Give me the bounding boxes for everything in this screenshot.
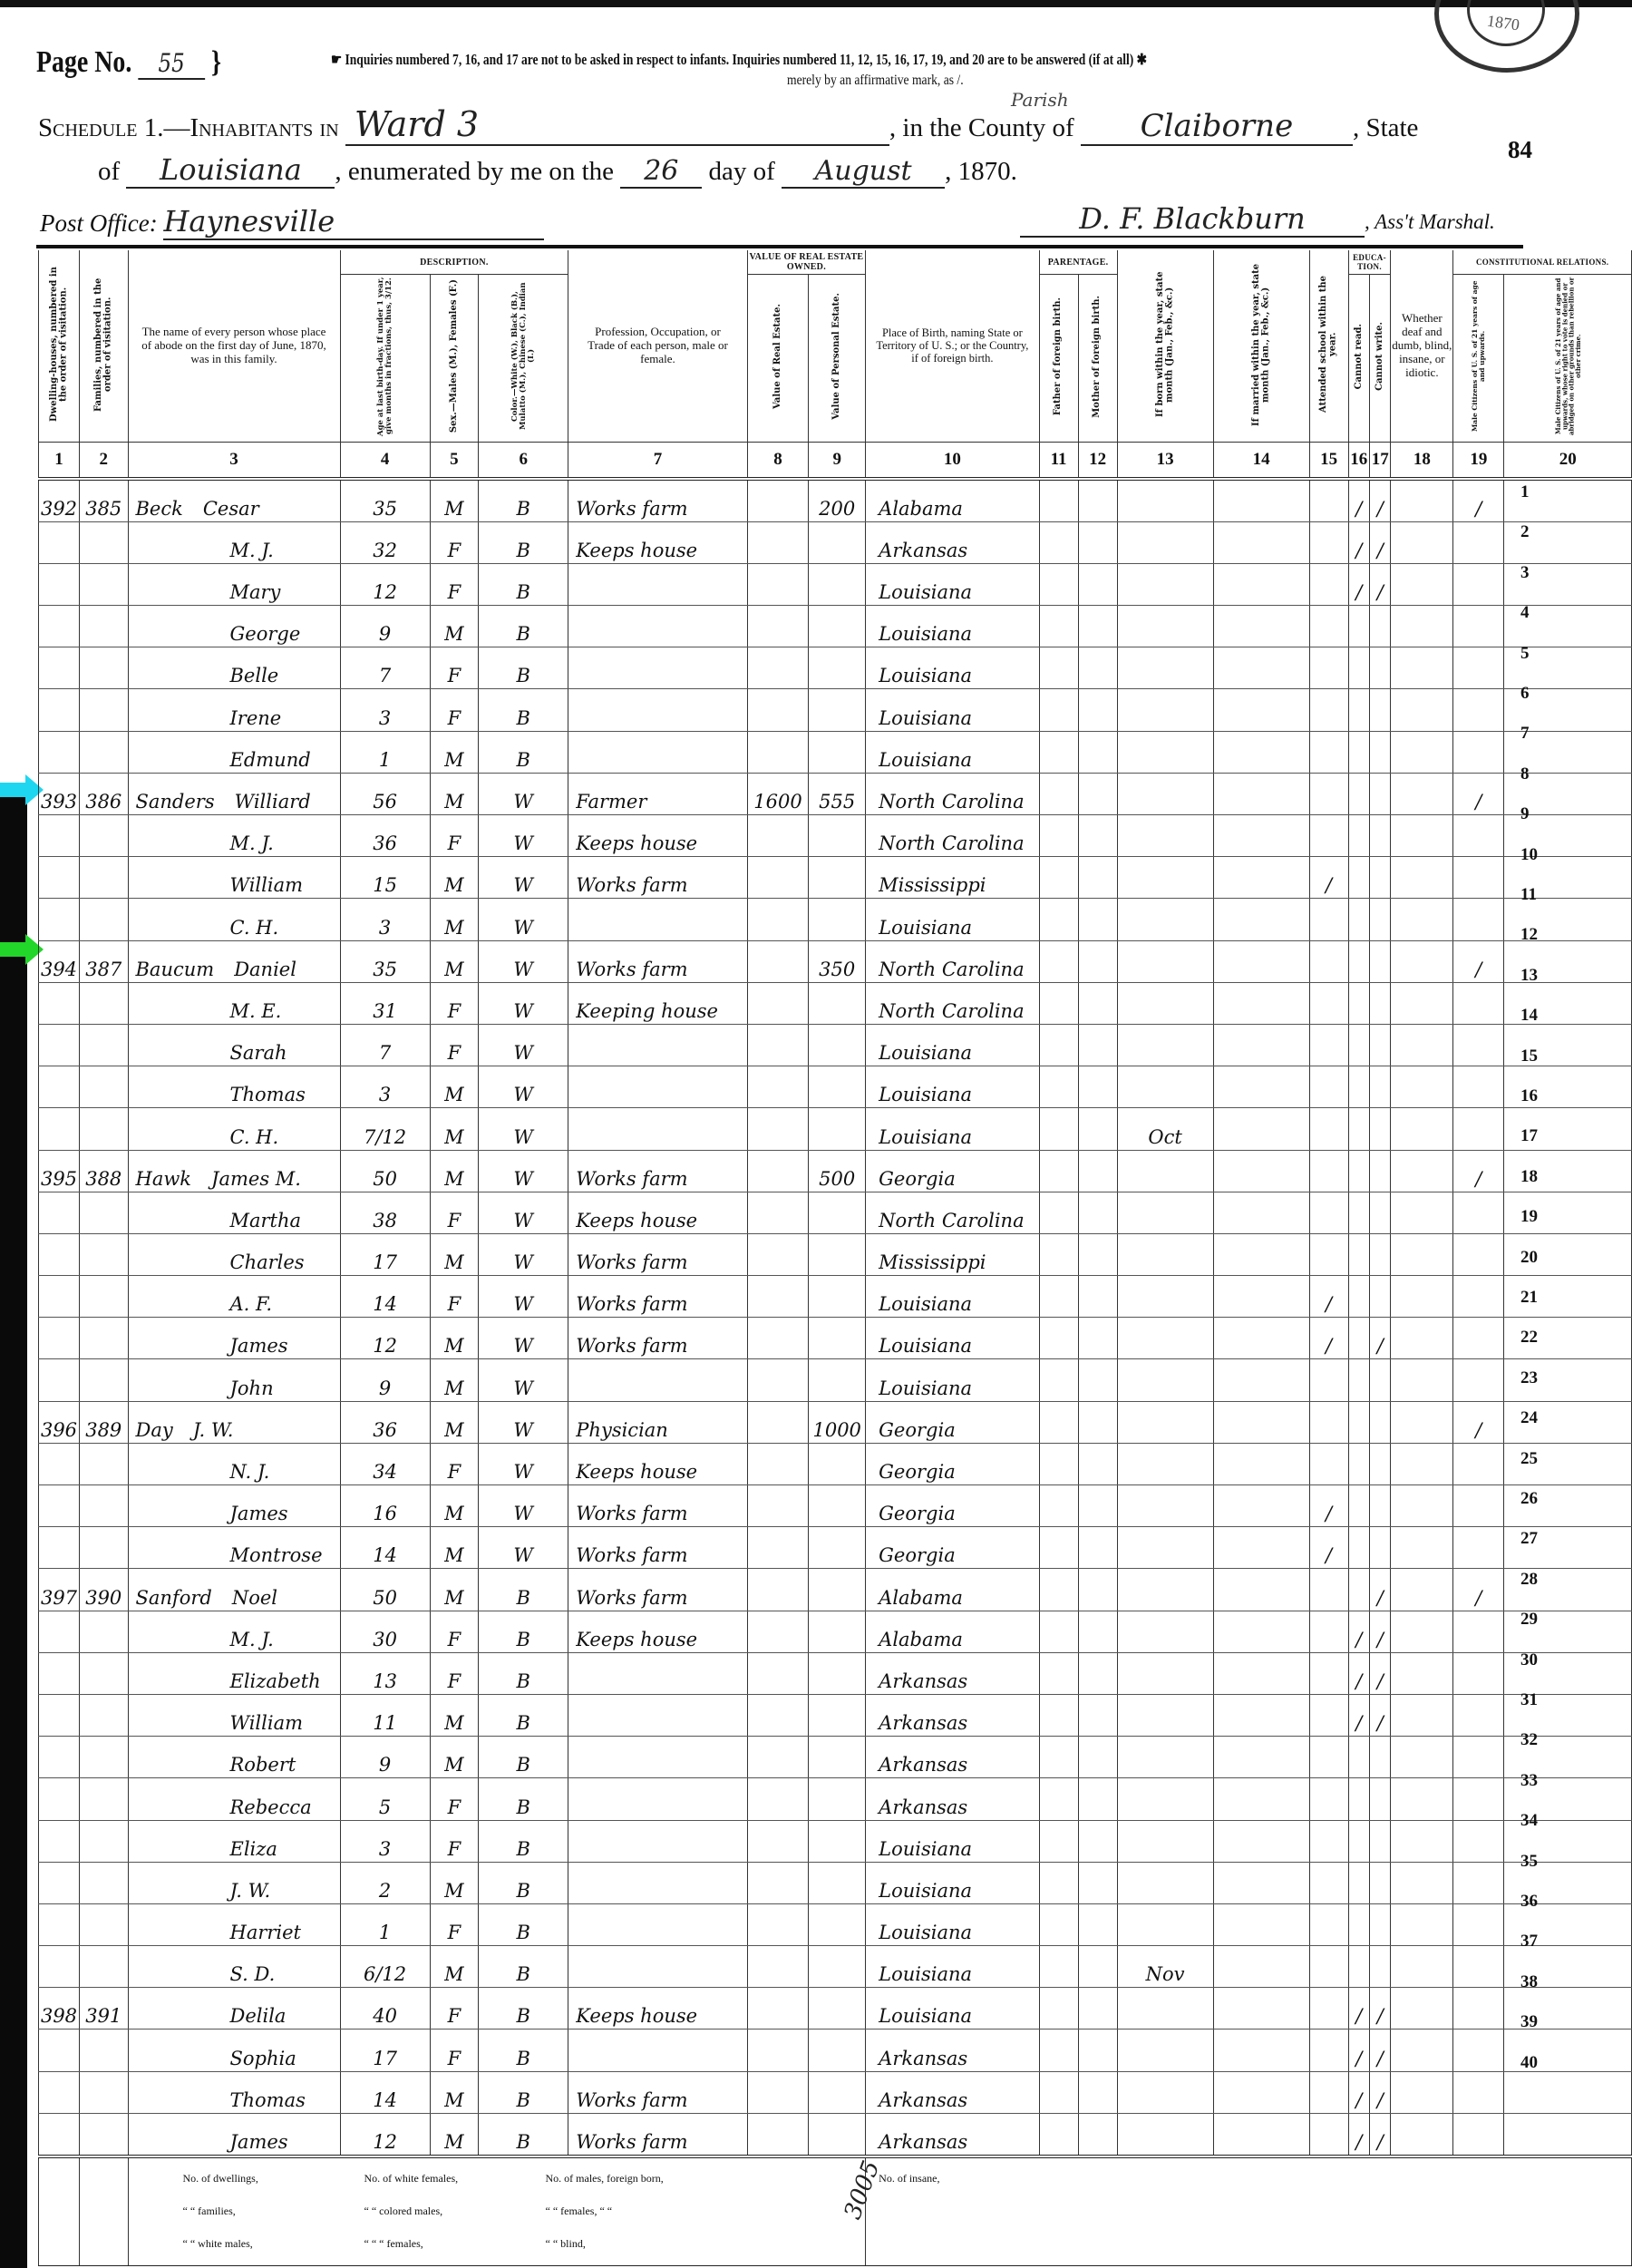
male-citizen-cell [1453, 1903, 1504, 1945]
male-citizen-cell: / [1453, 1150, 1504, 1192]
male-citizen-cell [1453, 1318, 1504, 1359]
table-row: William15MWWorks farmMississippi/ [39, 857, 1632, 899]
father-foreign-cell [1039, 1024, 1078, 1066]
real-estate-value-cell [747, 1946, 809, 1988]
table-row: James12MWWorks farmLouisiana// [39, 1318, 1632, 1359]
mother-foreign-cell [1078, 982, 1117, 1024]
married-month-cell [1213, 1318, 1309, 1359]
birthplace-cell: Arkansas [866, 1652, 1039, 1694]
real-estate-value-cell [747, 1694, 809, 1736]
sex-cell: F [430, 1192, 479, 1233]
line-number: 11 [1520, 885, 1537, 905]
family-number-cell: 386 [80, 773, 129, 814]
person-name-cell: C. H. [128, 1108, 340, 1150]
born-month-cell [1117, 647, 1213, 689]
infirmity-cell [1391, 1485, 1453, 1527]
color-cell: W [479, 1485, 568, 1527]
personal-estate-value-cell [809, 1820, 866, 1862]
parish-annotation: Parish [1011, 89, 1069, 111]
sex-cell: M [430, 1108, 479, 1150]
family-number-cell: 389 [80, 1401, 129, 1443]
attended-school-cell [1309, 1108, 1348, 1150]
male-citizen-cell [1453, 689, 1504, 731]
mother-foreign-cell [1078, 606, 1117, 647]
person-name-cell: S. D. [128, 1946, 340, 1988]
col-label: Father of foreign birth. [1054, 297, 1064, 415]
dwelling-number-cell [39, 899, 80, 940]
occupation-cell [568, 1946, 747, 1988]
table-row: M. J.32FBKeeps houseArkansas// [39, 521, 1632, 563]
attended-school-cell [1309, 1024, 1348, 1066]
person-name-cell: C. H. [128, 899, 340, 940]
birthplace-cell: Arkansas [866, 1778, 1039, 1820]
cannot-read-cell [1348, 982, 1369, 1024]
occupation-cell: Works farm [568, 1569, 747, 1611]
married-month-cell [1213, 899, 1309, 940]
born-month-cell [1117, 1150, 1213, 1192]
marshal-signature: D. F. Blackburn [1020, 201, 1365, 238]
birthplace-cell: North Carolina [866, 773, 1039, 814]
person-name-cell: Elizabeth [128, 1652, 340, 1694]
dwelling-number-cell: 396 [39, 1401, 80, 1443]
surname [129, 1461, 230, 1483]
age-cell: 30 [340, 1611, 430, 1652]
table-row: 393386SandersWilliard56MWFarmer1600555No… [39, 773, 1632, 814]
sex-cell: M [430, 1569, 479, 1611]
married-month-cell [1213, 1443, 1309, 1484]
sex-cell: M [430, 940, 479, 982]
age-cell: 14 [340, 2071, 430, 2113]
footer-cell [80, 2156, 129, 2267]
sex-cell: F [430, 689, 479, 731]
age-cell: 32 [340, 521, 430, 563]
header-group-row: Dwelling-houses, numbered in the order o… [39, 250, 1632, 275]
personal-estate-value-cell [809, 1485, 866, 1527]
personal-estate-value-cell [809, 857, 866, 899]
table-row: S. D.6/12MBLouisianaNov [39, 1946, 1632, 1988]
line-number: 15 [1520, 1046, 1538, 1066]
color-cell: W [479, 1401, 568, 1443]
infirmity-cell [1391, 1652, 1453, 1694]
personal-estate-value-cell [809, 1066, 866, 1108]
family-number-cell [80, 982, 129, 1024]
col-number: 5 [430, 442, 479, 479]
sex-cell: M [430, 1359, 479, 1401]
cannot-write-cell [1370, 647, 1391, 689]
family-number-cell [80, 2030, 129, 2071]
born-month-cell: Oct [1117, 1108, 1213, 1150]
line-number: 9 [1520, 804, 1530, 824]
mother-foreign-cell [1078, 1694, 1117, 1736]
real-estate-value-cell [747, 731, 809, 773]
given-name: J. W. [173, 1419, 234, 1441]
infirmity-cell [1391, 1066, 1453, 1108]
color-cell: W [479, 1192, 568, 1233]
personal-estate-value-cell: 350 [809, 940, 866, 982]
birthplace-cell: Louisiana [866, 1988, 1039, 2030]
sex-cell: M [430, 1150, 479, 1192]
schedule-line: Schedule 1.—Inhabitants in Ward 3, in th… [38, 104, 1418, 146]
occupation-cell: Works farm [568, 1233, 747, 1275]
color-cell: W [479, 1443, 568, 1484]
family-number-cell [80, 563, 129, 605]
given-name: William [230, 1712, 304, 1734]
attended-school-cell [1309, 1401, 1348, 1443]
mother-foreign-cell [1078, 1778, 1117, 1820]
age-cell: 17 [340, 2030, 430, 2071]
attended-school-cell: / [1309, 857, 1348, 899]
person-name-cell: Delila [128, 1988, 340, 2030]
given-name: Delila [230, 2005, 287, 2027]
dwelling-number-cell [39, 1318, 80, 1359]
no-insane-label: No. of insane, [866, 2158, 1631, 2195]
married-month-cell [1213, 2030, 1309, 2071]
cannot-write-cell [1370, 815, 1391, 857]
dwelling-number-cell [39, 1443, 80, 1484]
father-foreign-cell [1039, 1359, 1078, 1401]
personal-estate-value-cell [809, 1737, 866, 1778]
surname: Hawk [129, 1168, 192, 1190]
occupation-cell: Farmer [568, 773, 747, 814]
mother-foreign-cell [1078, 689, 1117, 731]
family-number-cell [80, 1443, 129, 1484]
infirmity-cell [1391, 563, 1453, 605]
col-number: 16 [1348, 442, 1369, 479]
person-name-cell: Martha [128, 1192, 340, 1233]
surname [129, 623, 230, 645]
mother-foreign-cell [1078, 1569, 1117, 1611]
dwelling-number-cell [39, 1862, 80, 1903]
born-month-cell [1117, 1652, 1213, 1694]
sex-cell: F [430, 1652, 479, 1694]
family-number-cell [80, 1694, 129, 1736]
father-foreign-cell [1039, 1694, 1078, 1736]
born-month-cell [1117, 1778, 1213, 1820]
sex-cell: M [430, 2071, 479, 2113]
line-number: 3 [1520, 563, 1530, 583]
cannot-write-cell [1370, 1359, 1391, 1401]
person-name-cell: M. J. [128, 1611, 340, 1652]
family-number-cell [80, 1652, 129, 1694]
given-name: Williard [215, 791, 311, 813]
infirmity-cell [1391, 1694, 1453, 1736]
cannot-write-cell: / [1370, 1988, 1391, 2030]
color-cell: B [479, 1737, 568, 1778]
given-name: James [230, 1335, 288, 1357]
given-name: N. J. [230, 1461, 270, 1483]
married-month-cell [1213, 1024, 1309, 1066]
cannot-write-cell: / [1370, 2071, 1391, 2113]
surname [129, 1963, 230, 1985]
cannot-write-cell: / [1370, 1318, 1391, 1359]
dwelling-number-cell [39, 1024, 80, 1066]
table-row: A. F.14FWWorks farmLouisiana/ [39, 1276, 1632, 1318]
col-sex-header: Sex.—Males (M.), Females (F.) [430, 275, 479, 443]
col-vote-denied-header: Male Citizens of U. S. of 21 years of ag… [1504, 275, 1632, 443]
born-month-cell [1117, 815, 1213, 857]
mother-foreign-cell [1078, 563, 1117, 605]
birthplace-cell: Louisiana [866, 647, 1039, 689]
age-cell: 12 [340, 2113, 430, 2156]
mother-foreign-cell [1078, 2071, 1117, 2113]
sex-cell: M [430, 1401, 479, 1443]
col-cannot-read-header: Cannot read. [1348, 275, 1369, 443]
occupation-cell: Keeps house [568, 521, 747, 563]
personal-estate-value-cell: 555 [809, 773, 866, 814]
footer-line-2: “ “ families,“ “ colored males,“ “ femal… [183, 2195, 866, 2227]
age-cell: 13 [340, 1652, 430, 1694]
mother-foreign-cell [1078, 1611, 1117, 1652]
mother-foreign-cell [1078, 1652, 1117, 1694]
table-row: 396389DayJ. W.36MWPhysician1000Georgia/ [39, 1401, 1632, 1443]
sex-cell: M [430, 1318, 479, 1359]
sex-cell: M [430, 1066, 479, 1108]
real-estate-value-cell [747, 1611, 809, 1652]
real-estate-value-cell [747, 1485, 809, 1527]
attended-school-cell [1309, 1443, 1348, 1484]
cannot-read-cell [1348, 1024, 1369, 1066]
infirmity-cell [1391, 1611, 1453, 1652]
age-cell: 5 [340, 1778, 430, 1820]
birthplace-cell: North Carolina [866, 982, 1039, 1024]
dwelling-number-cell [39, 731, 80, 773]
person-name-cell: Thomas [128, 2071, 340, 2113]
age-cell: 15 [340, 857, 430, 899]
col-label: Male Citizens of U. S. of 21 years of ag… [1555, 275, 1581, 438]
person-name-cell: Sarah [128, 1024, 340, 1066]
given-name: Sophia [230, 2048, 296, 2069]
personal-estate-value-cell [809, 1192, 866, 1233]
father-foreign-cell [1039, 1192, 1078, 1233]
birthplace-cell: Louisiana [866, 606, 1039, 647]
cannot-write-cell [1370, 1150, 1391, 1192]
dwelling-number-cell [39, 1611, 80, 1652]
line-number: 30 [1520, 1650, 1538, 1670]
col-label: Cannot write. [1375, 322, 1385, 391]
col-number: 6 [479, 442, 568, 479]
married-month-cell [1213, 1611, 1309, 1652]
real-estate-value-cell [747, 1820, 809, 1862]
personal-estate-value-cell [809, 1233, 866, 1275]
personal-estate-value-cell [809, 2030, 866, 2071]
age-cell: 36 [340, 815, 430, 857]
birthplace-cell: Louisiana [866, 1359, 1039, 1401]
male-citizen-cell [1453, 2030, 1504, 2071]
father-foreign-cell [1039, 1066, 1078, 1108]
real-estate-value-cell [747, 1108, 809, 1150]
infirmity-cell [1391, 1778, 1453, 1820]
surname [129, 665, 230, 686]
born-month-cell [1117, 1988, 1213, 2030]
given-name: Mary [230, 581, 281, 603]
family-number-cell [80, 1192, 129, 1233]
cannot-write-cell: / [1370, 563, 1391, 605]
sex-cell: M [430, 1527, 479, 1569]
married-month-cell [1213, 1359, 1309, 1401]
table-row: C. H.7/12MWLouisianaOct [39, 1108, 1632, 1150]
personal-estate-value-cell [809, 1108, 866, 1150]
col-number: 18 [1391, 442, 1453, 479]
married-month-cell [1213, 1903, 1309, 1945]
dwelling-number-cell [39, 1359, 80, 1401]
col-born-within-year-header: If born within the year, state month (Ja… [1117, 250, 1213, 442]
family-number-cell: 387 [80, 940, 129, 982]
father-foreign-cell [1039, 1988, 1078, 2030]
cannot-read-cell [1348, 1359, 1369, 1401]
male-citizen-cell [1453, 815, 1504, 857]
born-month-cell [1117, 857, 1213, 899]
infirmity-cell [1391, 1359, 1453, 1401]
table-row: Irene3FBLouisiana [39, 689, 1632, 731]
dwelling-number-cell [39, 1820, 80, 1862]
table-row: Montrose14MWWorks farmGeorgia/ [39, 1527, 1632, 1569]
occupation-cell: Works farm [568, 1318, 747, 1359]
col-number: 11 [1039, 442, 1078, 479]
sex-cell: F [430, 1611, 479, 1652]
mother-foreign-cell [1078, 1192, 1117, 1233]
married-month-cell [1213, 940, 1309, 982]
age-cell: 9 [340, 1737, 430, 1778]
mother-foreign-cell [1078, 1276, 1117, 1318]
of-label: of [98, 157, 120, 186]
real-estate-value-cell: 1600 [747, 773, 809, 814]
cannot-write-cell: / [1370, 2113, 1391, 2156]
cannot-write-cell [1370, 1108, 1391, 1150]
real-estate-value-cell [747, 857, 809, 899]
cannot-read-cell [1348, 1903, 1369, 1945]
col-number: 15 [1309, 442, 1348, 479]
male-citizen-cell [1453, 1737, 1504, 1778]
birthplace-cell: Louisiana [866, 1903, 1039, 1945]
male-citizen-cell [1453, 647, 1504, 689]
given-name: Edmund [230, 749, 311, 771]
post-office-field: Haynesville [163, 204, 544, 240]
attended-school-cell [1309, 1066, 1348, 1108]
born-month-cell [1117, 1903, 1213, 1945]
family-number-cell: 391 [80, 1988, 129, 2030]
male-citizen-cell [1453, 2071, 1504, 2113]
color-cell: W [479, 857, 568, 899]
real-estate-value-cell [747, 606, 809, 647]
dwelling-number-cell [39, 1694, 80, 1736]
table-row: 397390SanfordNoel50MBWorks farmAlabama// [39, 1569, 1632, 1611]
father-foreign-cell [1039, 815, 1078, 857]
personal-estate-value-cell [809, 1569, 866, 1611]
col-label: Mother of foreign birth. [1093, 296, 1103, 418]
cannot-read-cell [1348, 689, 1369, 731]
male-citizen-cell [1453, 1694, 1504, 1736]
infirmity-cell [1391, 1401, 1453, 1443]
color-cell: B [479, 563, 568, 605]
occupation-cell: Works farm [568, 1150, 747, 1192]
surname [129, 1838, 230, 1860]
dwelling-number-cell: 392 [39, 479, 80, 522]
person-name-cell: BeckCesar [128, 479, 340, 522]
dwelling-number-cell: 398 [39, 1988, 80, 2030]
cannot-read-cell [1348, 731, 1369, 773]
infirmity-cell [1391, 521, 1453, 563]
born-month-cell [1117, 1276, 1213, 1318]
born-month-cell [1117, 1024, 1213, 1066]
married-month-cell [1213, 1150, 1309, 1192]
line-number: 38 [1520, 1972, 1538, 1992]
line-number: 17 [1520, 1126, 1538, 1146]
inquiries-note-line1: Inquiries numbered 7, 16, and 17 are not… [345, 51, 1134, 68]
born-month-cell [1117, 1485, 1213, 1527]
family-number-cell [80, 1820, 129, 1862]
sex-cell: F [430, 647, 479, 689]
dwelling-number-cell [39, 1108, 80, 1150]
surname [129, 2089, 230, 2111]
census-schedule-table: Dwelling-houses, numbered in the order o… [38, 250, 1632, 2268]
line-number: 22 [1520, 1328, 1538, 1348]
real-estate-value-cell [747, 1233, 809, 1275]
male-citizen-cell: / [1453, 479, 1504, 522]
cannot-read-cell: / [1348, 1694, 1369, 1736]
family-number-cell: 388 [80, 1150, 129, 1192]
cannot-read-cell [1348, 815, 1369, 857]
cannot-write-cell [1370, 940, 1391, 982]
dwelling-number-cell [39, 563, 80, 605]
male-citizen-cell [1453, 521, 1504, 563]
color-cell: B [479, 479, 568, 522]
attended-school-cell [1309, 1778, 1348, 1820]
attended-school-cell [1309, 899, 1348, 940]
occupation-cell: Keeps house [568, 1611, 747, 1652]
col-label: If married within the year, state month … [1252, 263, 1271, 426]
mother-foreign-cell [1078, 479, 1117, 522]
family-number-cell [80, 1903, 129, 1945]
col-label: Male Citizens of U. S. of 21 years of ag… [1472, 275, 1486, 438]
father-foreign-cell [1039, 1108, 1078, 1150]
infirmity-cell [1391, 1108, 1453, 1150]
surname [129, 581, 230, 603]
given-name: Irene [230, 707, 282, 729]
family-number-cell [80, 606, 129, 647]
male-citizen-cell [1453, 1778, 1504, 1820]
surname: Day [129, 1419, 173, 1441]
footer-line-3: “ “ white males,“ “ “ females,“ “ blind, [183, 2227, 866, 2260]
personal-estate-value-cell [809, 1903, 866, 1945]
col-label: Sex.—Males (M.), Females (F.) [450, 279, 460, 433]
sex-cell: M [430, 773, 479, 814]
cannot-read-cell [1348, 1318, 1369, 1359]
real-estate-value-cell [747, 1192, 809, 1233]
birthplace-cell: Arkansas [866, 1694, 1039, 1736]
given-name: William [230, 874, 304, 896]
sex-cell: M [430, 2113, 479, 2156]
age-cell: 6/12 [340, 1946, 430, 1988]
father-foreign-cell [1039, 1276, 1078, 1318]
person-name-cell: Eliza [128, 1820, 340, 1862]
cannot-write-cell: / [1370, 479, 1391, 522]
surname [129, 1126, 230, 1148]
footer-line-1: No. of dwellings,No. of white females,No… [183, 2162, 866, 2195]
col-label: Attended school within the year. [1319, 263, 1338, 426]
color-cell: B [479, 1778, 568, 1820]
father-foreign-cell [1039, 773, 1078, 814]
person-name-cell: James [128, 2113, 340, 2156]
real-estate-value-cell [747, 1527, 809, 1569]
birthplace-cell: Arkansas [866, 2030, 1039, 2071]
infirmity-cell [1391, 2071, 1453, 2113]
male-citizen-cell [1453, 731, 1504, 773]
dwelling-number-cell [39, 1276, 80, 1318]
cannot-read-cell: / [1348, 1652, 1369, 1694]
mother-foreign-cell [1078, 2030, 1117, 2071]
real-estate-value-cell [747, 1318, 809, 1359]
surname [129, 1629, 230, 1650]
